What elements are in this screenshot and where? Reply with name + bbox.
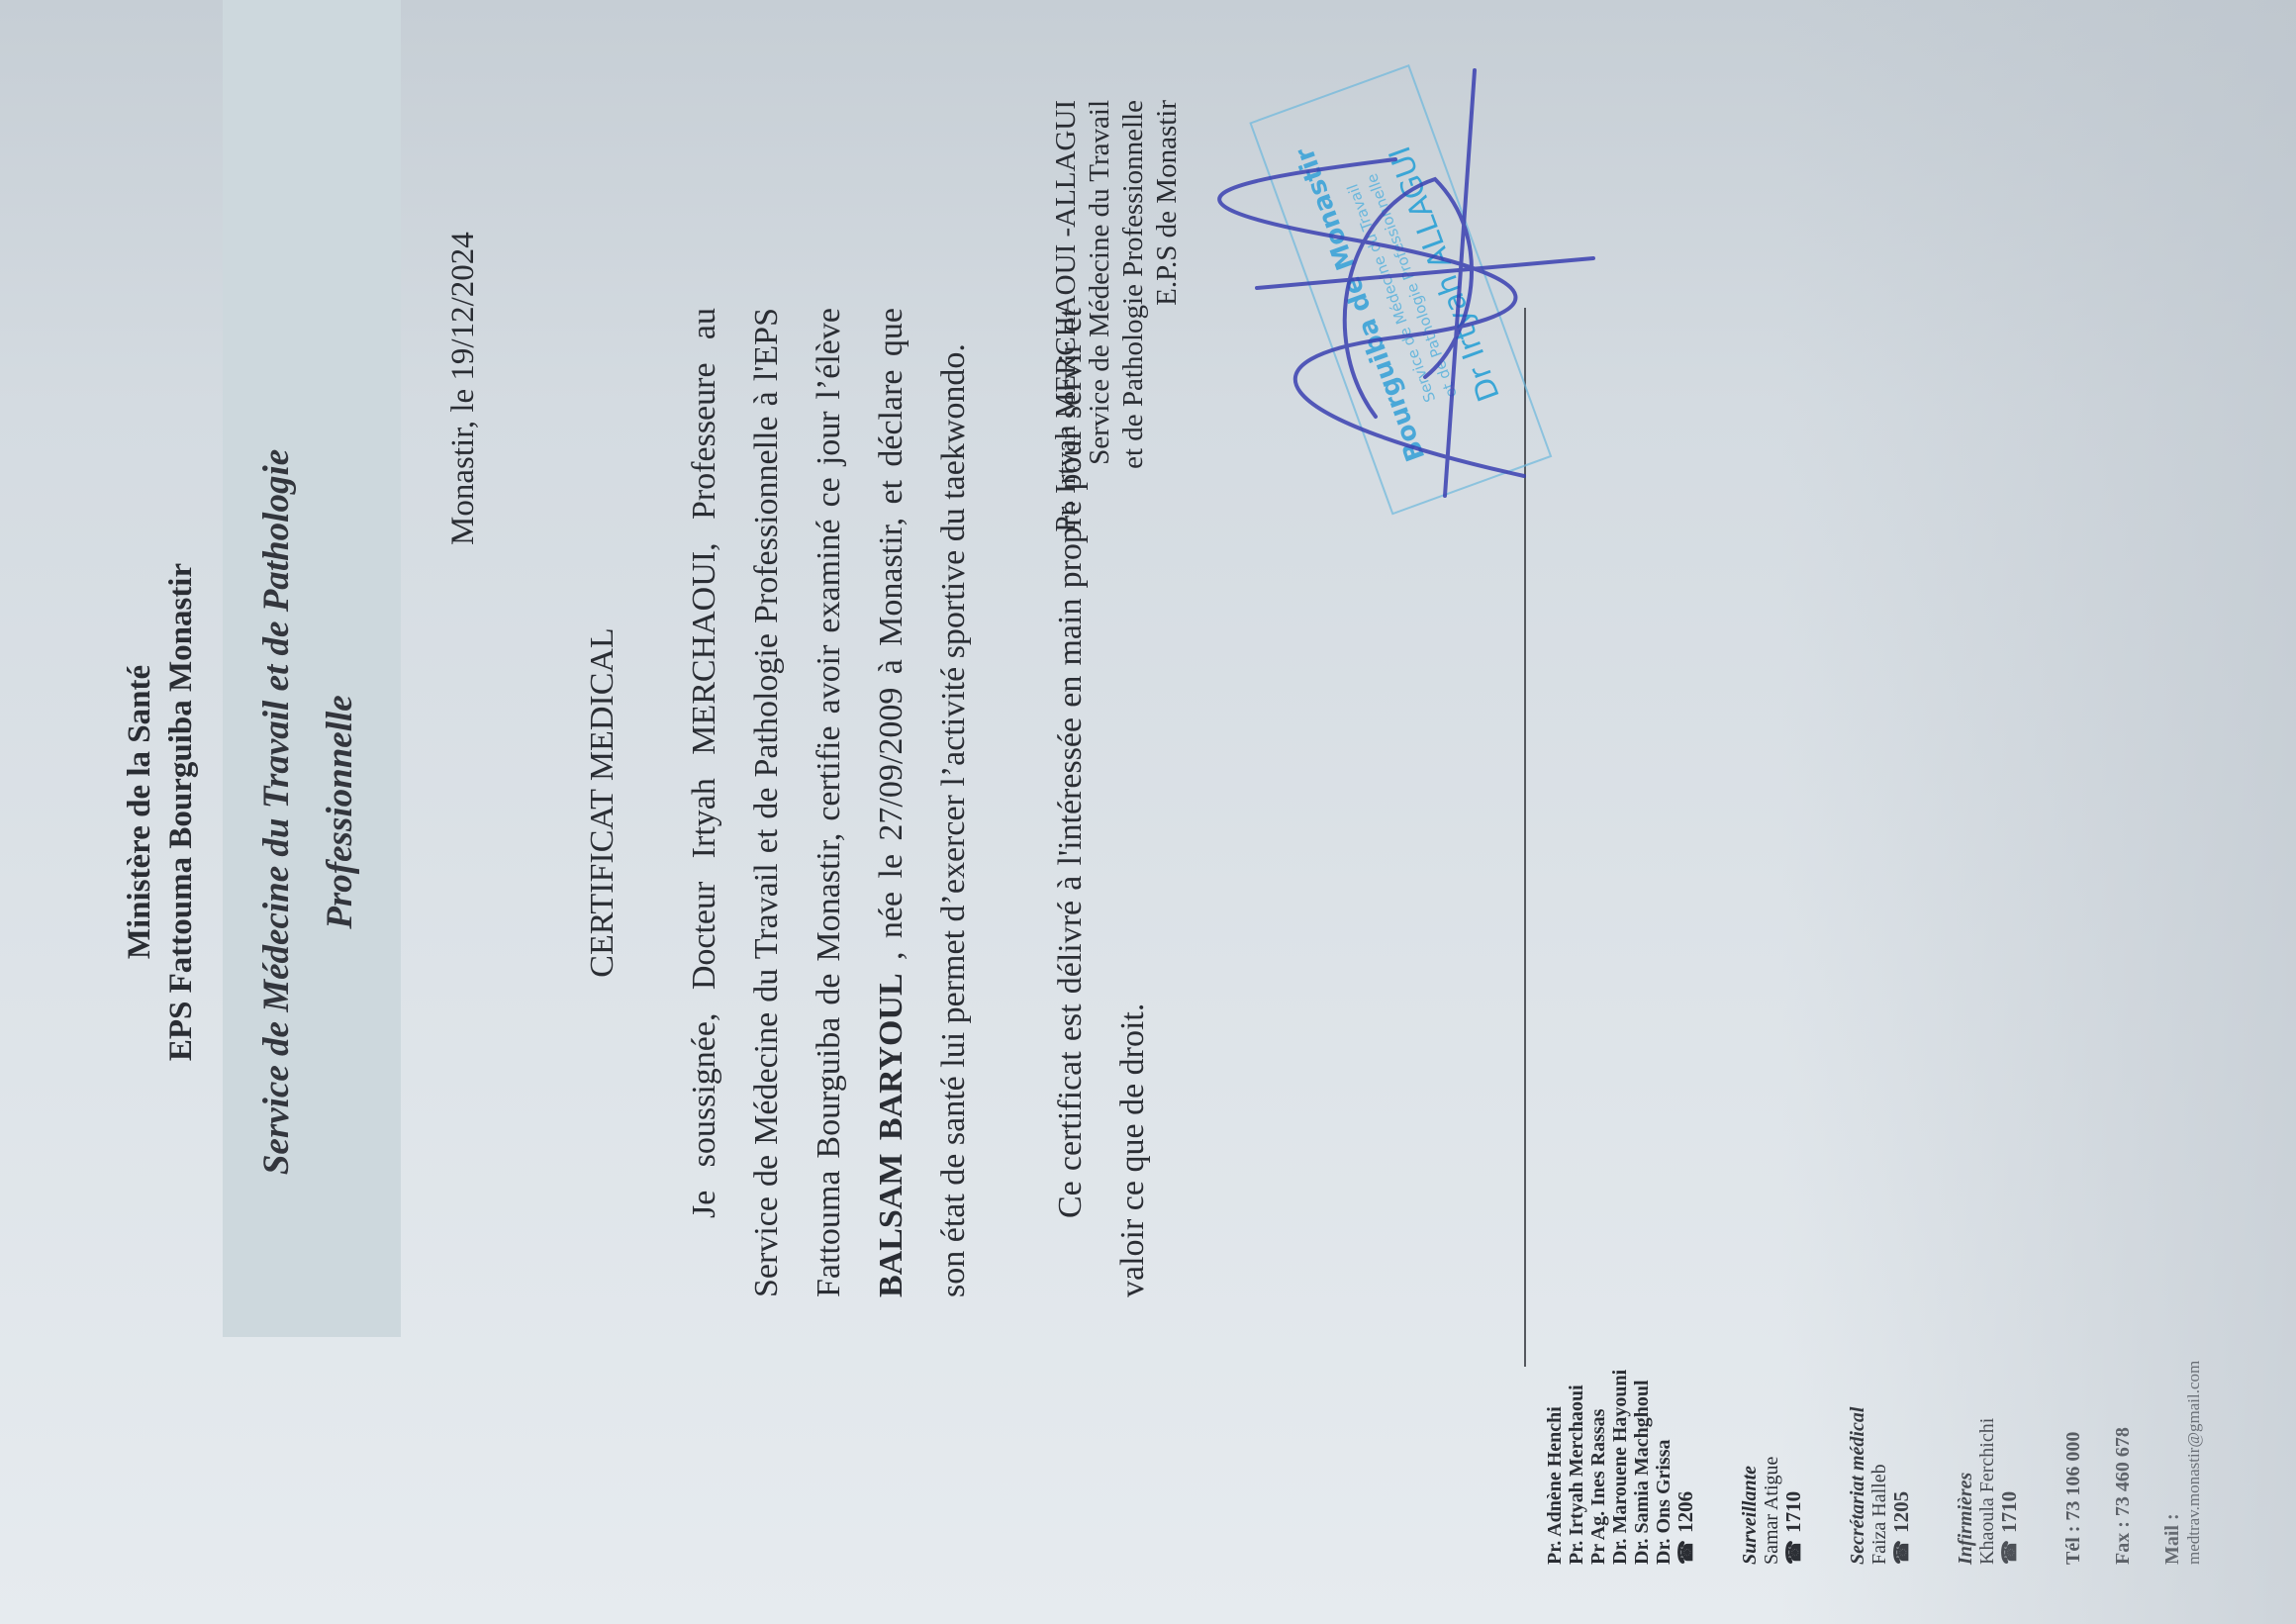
doctor-name: Pr. Adnène Henchi xyxy=(1544,1010,1566,1565)
doctor-name: Pr Ag. Ines Rassas xyxy=(1587,1010,1609,1565)
phone-icon: ☎ xyxy=(1999,1540,2021,1565)
service-title-line2: Professionnelle xyxy=(309,0,372,1624)
document-date: Monastir, le 19/12/2024 xyxy=(445,149,482,545)
secretariat-group: Secrétariat médical Faiza Halleb ☎ 1205 xyxy=(1847,1010,1913,1565)
nurses-group: Infirmières Khaoula Ferchichi ☎ 1710 xyxy=(1955,1010,2021,1565)
service-title: Service de Médecine du Travail et de Pat… xyxy=(245,0,372,1624)
doctor-name: Dr. Samia Machghoul xyxy=(1631,1010,1653,1565)
doctors-extension: ☎ 1206 xyxy=(1674,1010,1697,1565)
supervisor-group: Surveillante Samar Atigue ☎ 1710 xyxy=(1739,1010,1805,1565)
signatory-service-2: et de Pathologie Professionnelle xyxy=(1116,100,1150,615)
doctors-group: Pr. Adnène Henchi Pr. Irtyah Merchaoui P… xyxy=(1544,1010,1697,1565)
paragraph-text: Je soussignée, Docteur Irtyah MERCHAOUI,… xyxy=(686,308,847,1297)
extension-number: 1710 xyxy=(1997,1491,2021,1533)
email-address: medtrav.monastir@gmail.com xyxy=(2183,1010,2205,1565)
signature-block: Pr. Irtyah MERCHAOUI -ALLAGUI Service de… xyxy=(1049,100,1184,615)
stamp-and-signature: Bourguiba de Monastir Service de Médecin… xyxy=(1197,41,1613,535)
ministry-name: Ministère de la Santé xyxy=(119,0,160,1624)
student-name: BALSAM BARYOUL xyxy=(873,973,909,1297)
phone-icon: ☎ xyxy=(1891,1540,1913,1565)
service-title-line1: Service de Médecine du Travail et de Pat… xyxy=(245,0,309,1624)
doctor-name: Dr. Marouene Hayouni xyxy=(1609,1010,1631,1565)
nurses-extension: ☎ 1710 xyxy=(1998,1010,2021,1565)
staff-directory: Pr. Adnène Henchi Pr. Irtyah Merchaoui P… xyxy=(1544,1010,2205,1565)
extension-number: 1710 xyxy=(1781,1491,1805,1533)
fax: Fax : 73 460 678 xyxy=(2112,1010,2134,1565)
staff-name: Samar Atigue xyxy=(1761,1010,1782,1565)
extension-number: 1205 xyxy=(1889,1491,1913,1533)
certificate-page: Ministère de la Santé EPS Fattouma Bourg… xyxy=(0,0,2296,1624)
certificate-title: CERTIFICAT MEDICAL xyxy=(584,308,622,1297)
mail-label: Mail : xyxy=(2161,1010,2183,1565)
extension-number: 1206 xyxy=(1674,1491,1697,1533)
signatory-name: Pr. Irtyah MERCHAOUI -ALLAGUI xyxy=(1049,100,1083,615)
staff-name: Faiza Halleb xyxy=(1868,1010,1890,1565)
doctor-name: Pr. Irtyah Merchaoui xyxy=(1566,1010,1587,1565)
doctor-name: Dr. Ons Grissa xyxy=(1653,1010,1674,1565)
certification-paragraph: Je soussignée, Docteur Irtyah MERCHAOUI,… xyxy=(673,308,985,1297)
staff-name: Khaoula Ferchichi xyxy=(1976,1010,1998,1565)
phone-icon: ☎ xyxy=(1675,1540,1697,1565)
role-label: Secrétariat médical xyxy=(1847,1010,1868,1565)
telephone: Tél : 73 106 000 xyxy=(2062,1010,2084,1565)
role-label: Surveillante xyxy=(1739,1010,1761,1565)
signatory-institution: E.P.S de Monastir xyxy=(1150,100,1184,615)
signatory-service: Service de Médecine du Travail xyxy=(1083,100,1116,615)
phone-icon: ☎ xyxy=(1783,1540,1805,1565)
letterhead: Ministère de la Santé EPS Fattouma Bourg… xyxy=(119,0,202,1624)
role-label: Infirmières xyxy=(1955,1010,1976,1565)
hospital-name: EPS Fattouma Bourguiba Monastir xyxy=(160,0,202,1624)
secretariat-extension: ☎ 1205 xyxy=(1890,1010,1913,1565)
supervisor-extension: ☎ 1710 xyxy=(1782,1010,1805,1565)
